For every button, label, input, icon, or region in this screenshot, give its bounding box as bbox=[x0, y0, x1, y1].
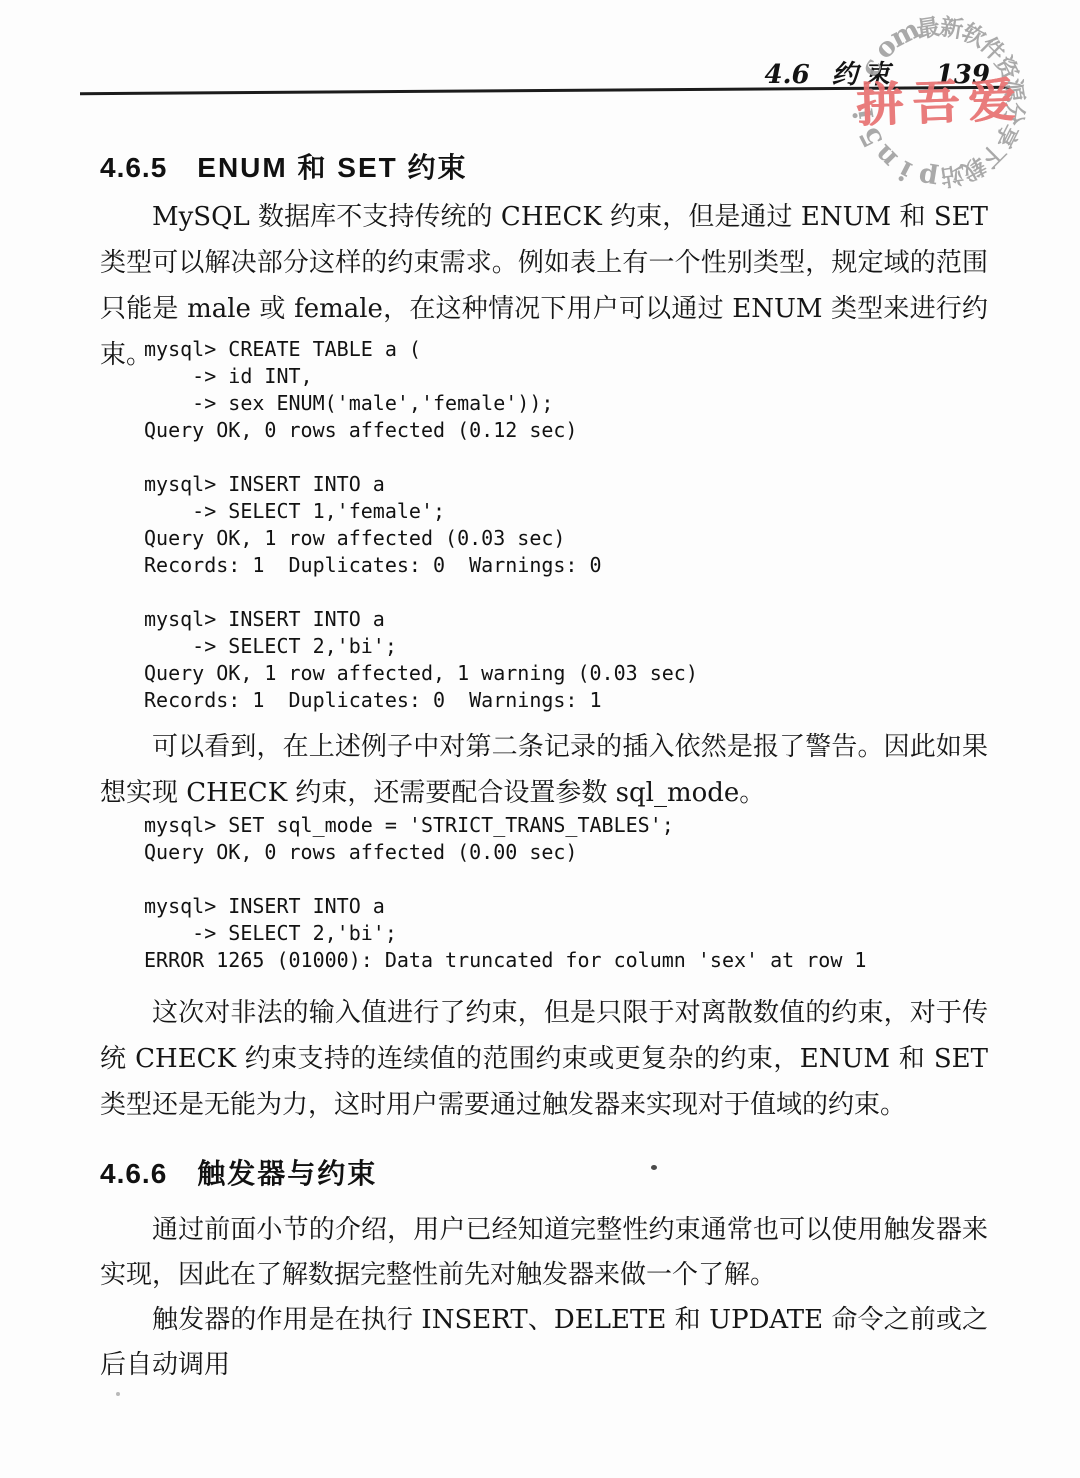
watermark-stamp: pin5i.com最新软件资源分享下载站 拼吾爱 bbox=[838, 0, 1042, 204]
watermark-ring: pin5i.com最新软件资源分享下载站 bbox=[838, 0, 1042, 204]
page-number: 139 bbox=[936, 60, 990, 90]
watermark-ring-char: m bbox=[885, 13, 925, 53]
paragraph-trigger-intro: 通过前面小节的介绍，用户已经知道完整性约束通常也可以使用触发器来实现，因此在了解… bbox=[100, 1208, 988, 1298]
trigger-section-paragraphs: 通过前面小节的介绍，用户已经知道完整性约束通常也可以使用触发器来实现，因此在了解… bbox=[100, 1208, 988, 1388]
watermark-ring-char: i bbox=[885, 150, 925, 190]
watermark-ring-char: i bbox=[847, 97, 881, 131]
code-block-enum-example: mysql> CREATE TABLE a ( -> id INT, -> se… bbox=[144, 336, 698, 714]
running-head-section-title: 约束 bbox=[832, 60, 896, 90]
section-heading-465: 4.6.5ENUM 和 SET 约束 bbox=[100, 146, 468, 186]
section-title: ENUM 和 SET 约束 bbox=[197, 152, 467, 183]
watermark-ring-char: 分 bbox=[999, 97, 1033, 131]
watermark-ring-char: 新 bbox=[935, 9, 969, 43]
section-number: 4.6.5 bbox=[100, 152, 167, 183]
watermark-ring-char: p bbox=[911, 161, 945, 195]
watermark-ring-char: 最 bbox=[911, 9, 945, 43]
watermark-ring-char: 源 bbox=[999, 73, 1033, 107]
paragraph-limitation-note: 这次对非法的输入值进行了约束，但是只限于对离散数值的约束，对于传统 CHECK … bbox=[100, 990, 988, 1128]
code-block-sql-mode-example: mysql> SET sql_mode = 'STRICT_TRANS_TABL… bbox=[144, 812, 866, 974]
watermark-ring-char: 资 bbox=[988, 47, 1028, 87]
section-title: 触发器与约束 bbox=[197, 1158, 377, 1189]
watermark-ring-char: 站 bbox=[935, 161, 969, 195]
section-heading-466: 4.6.6触发器与约束 bbox=[100, 1152, 377, 1192]
watermark-ring-char: 载 bbox=[955, 150, 995, 190]
section-number: 4.6.6 bbox=[100, 1158, 167, 1189]
paragraph-warning-note: 可以看到，在上述例子中对第二条记录的插入依然是报了警告。因此如果想实现 CHEC… bbox=[100, 724, 988, 816]
running-head: 4.6约束139 bbox=[764, 54, 990, 91]
watermark-ring-char: 下 bbox=[973, 135, 1015, 177]
watermark-ring-char: 享 bbox=[988, 117, 1028, 157]
watermark-ring-char: n bbox=[864, 135, 906, 177]
scan-artifact-dot bbox=[116, 1392, 120, 1396]
watermark-ring-char: 5 bbox=[851, 117, 891, 157]
running-head-section-number: 4.6 bbox=[764, 60, 809, 90]
paragraph-trigger-purpose: 触发器的作用是在执行 INSERT、DELETE 和 UPDATE 命令之前或之… bbox=[100, 1298, 988, 1388]
scan-artifact-dot bbox=[651, 1165, 657, 1170]
watermark-ring-char: 软 bbox=[955, 13, 995, 53]
book-page: 4.6约束139 pin5i.com最新软件资源分享下载站 拼吾爱 4.6.5E… bbox=[0, 0, 1080, 1478]
